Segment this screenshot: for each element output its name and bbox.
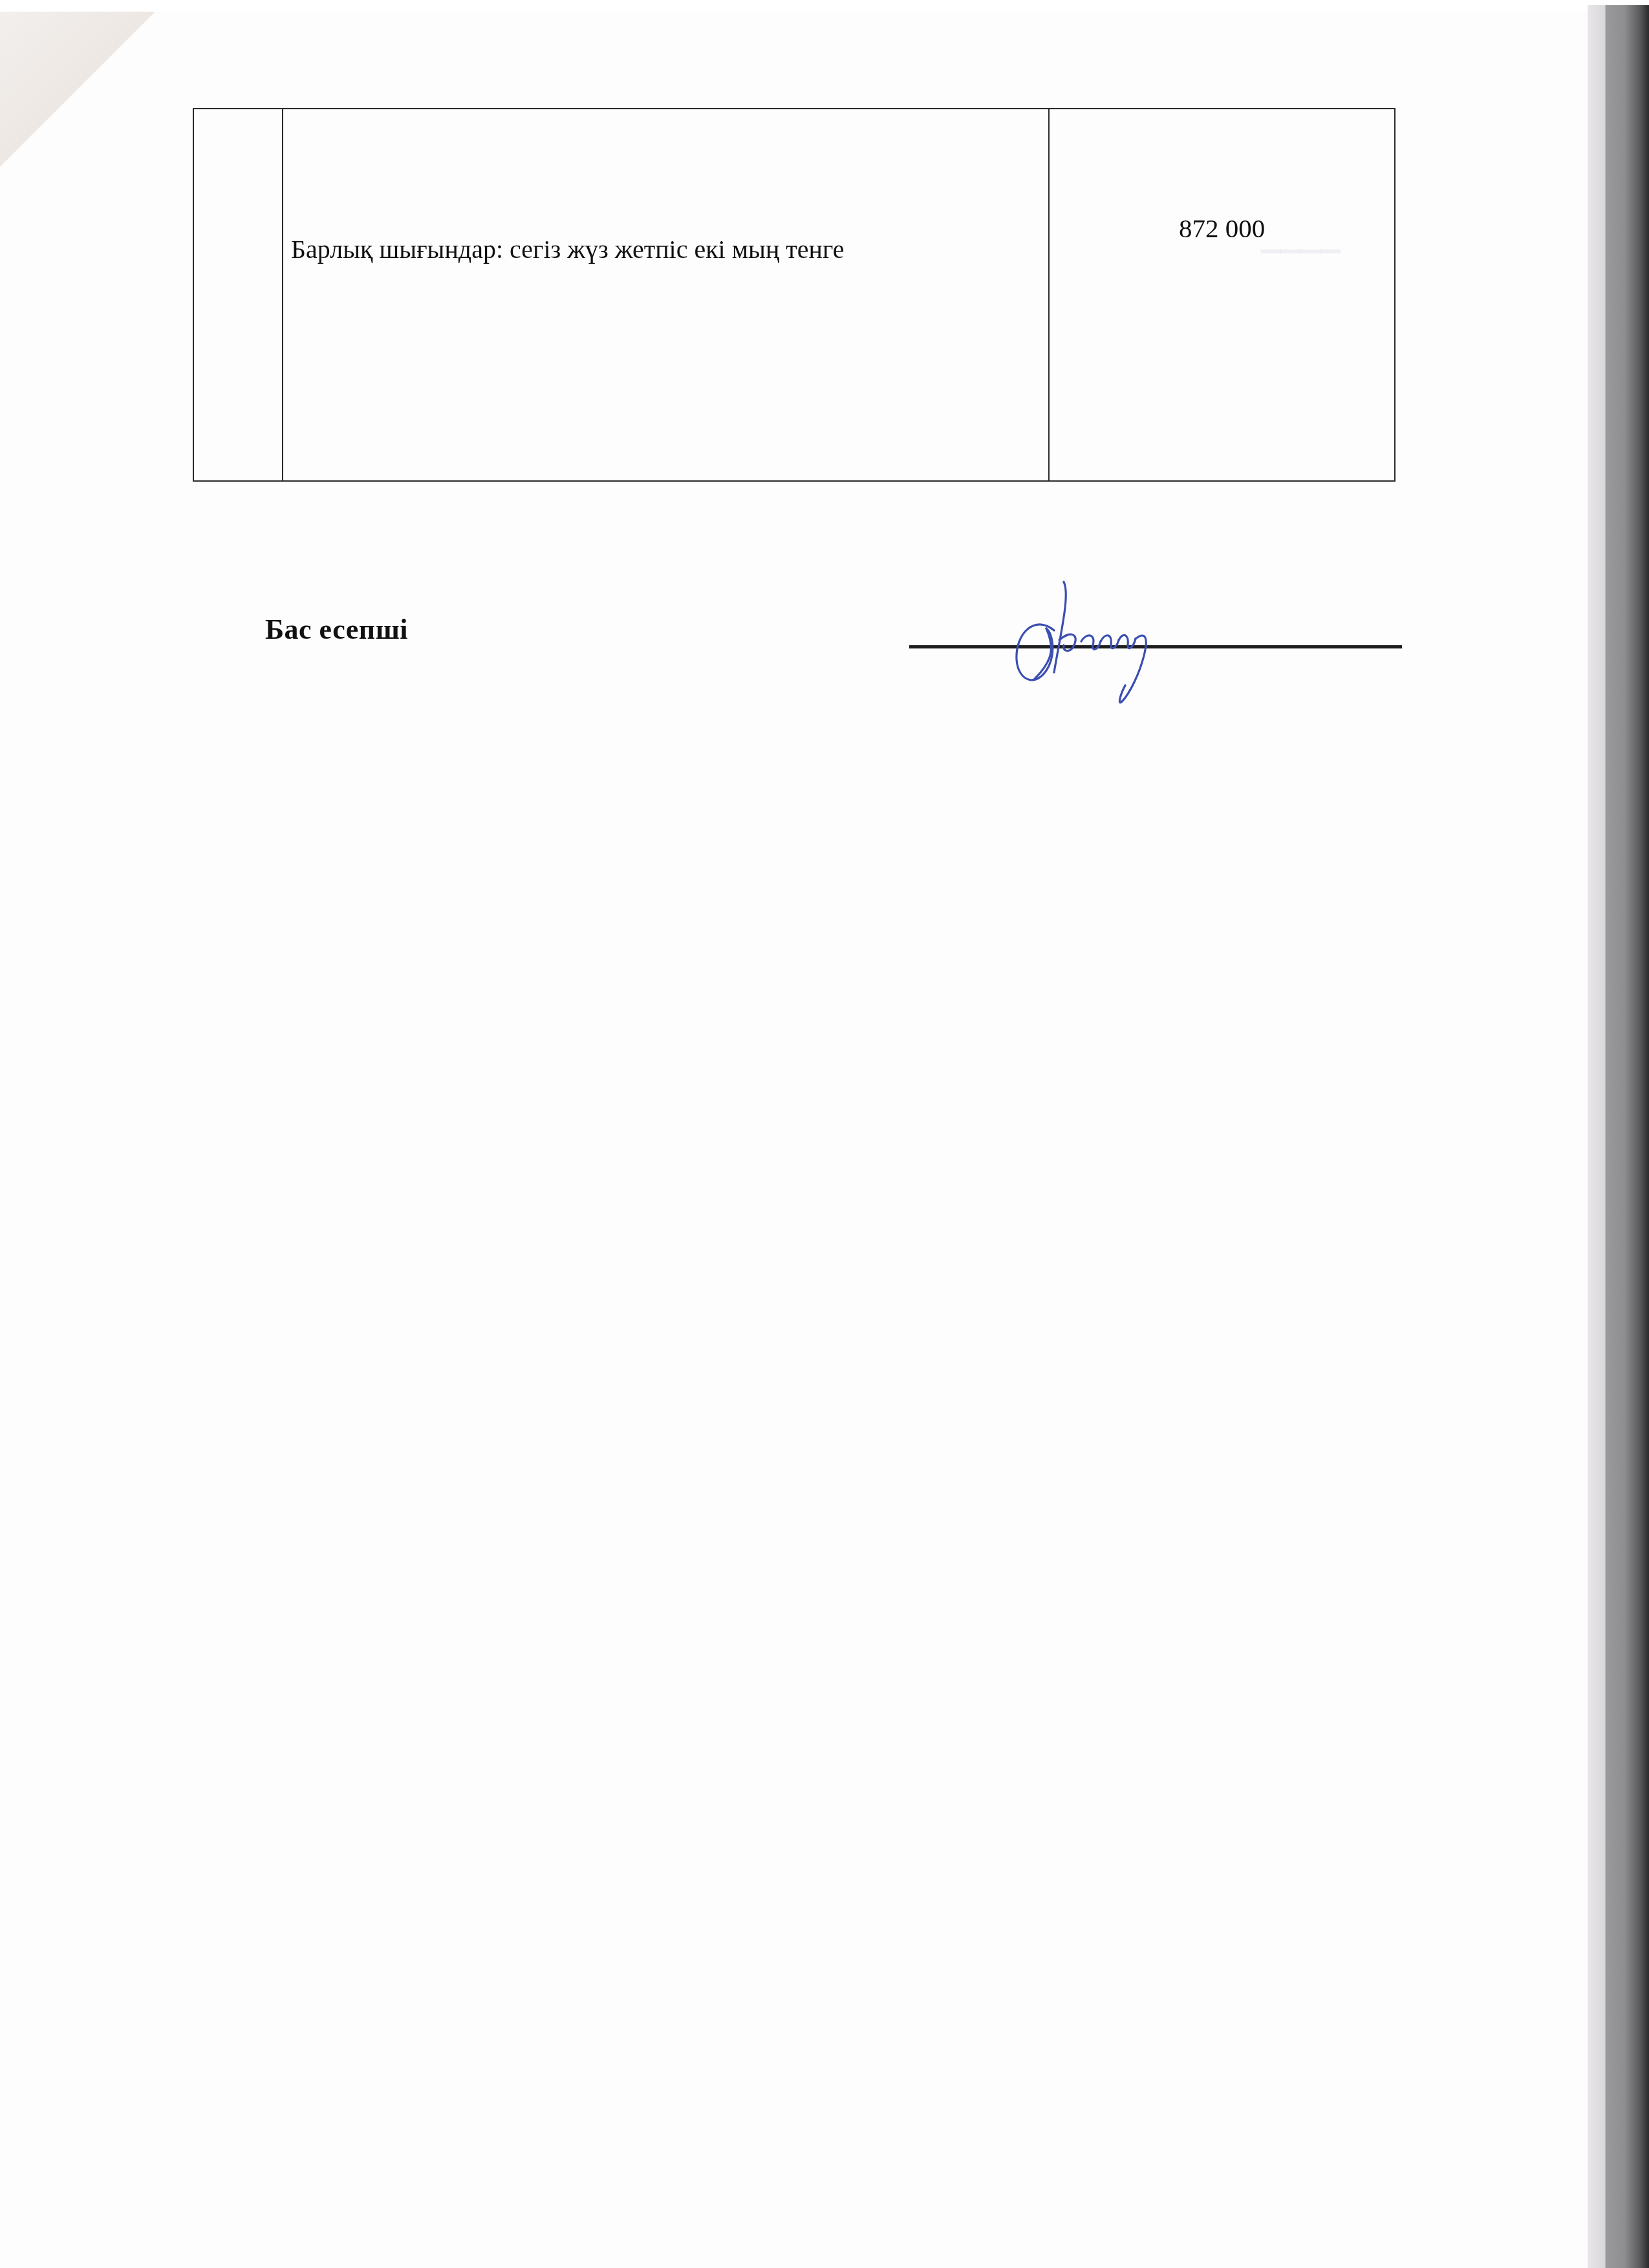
handwritten-signature bbox=[1009, 569, 1216, 711]
row-number-cell bbox=[193, 109, 283, 481]
expense-table: Барлық шығындар: сегіз жүз жетпіс екі мы… bbox=[193, 108, 1396, 482]
chief-accountant-label: Бас есепші bbox=[265, 613, 408, 646]
total-expenses-description: Барлық шығындар: сегіз жүз жетпіс екі мы… bbox=[283, 109, 1049, 481]
scanner-edge bbox=[1588, 5, 1649, 2268]
table-row: Барлық шығындар: сегіз жүз жетпіс екі мы… bbox=[193, 109, 1395, 481]
total-expenses-amount: 872 000 bbox=[1049, 109, 1395, 481]
scan-top-margin bbox=[0, 0, 1649, 12]
